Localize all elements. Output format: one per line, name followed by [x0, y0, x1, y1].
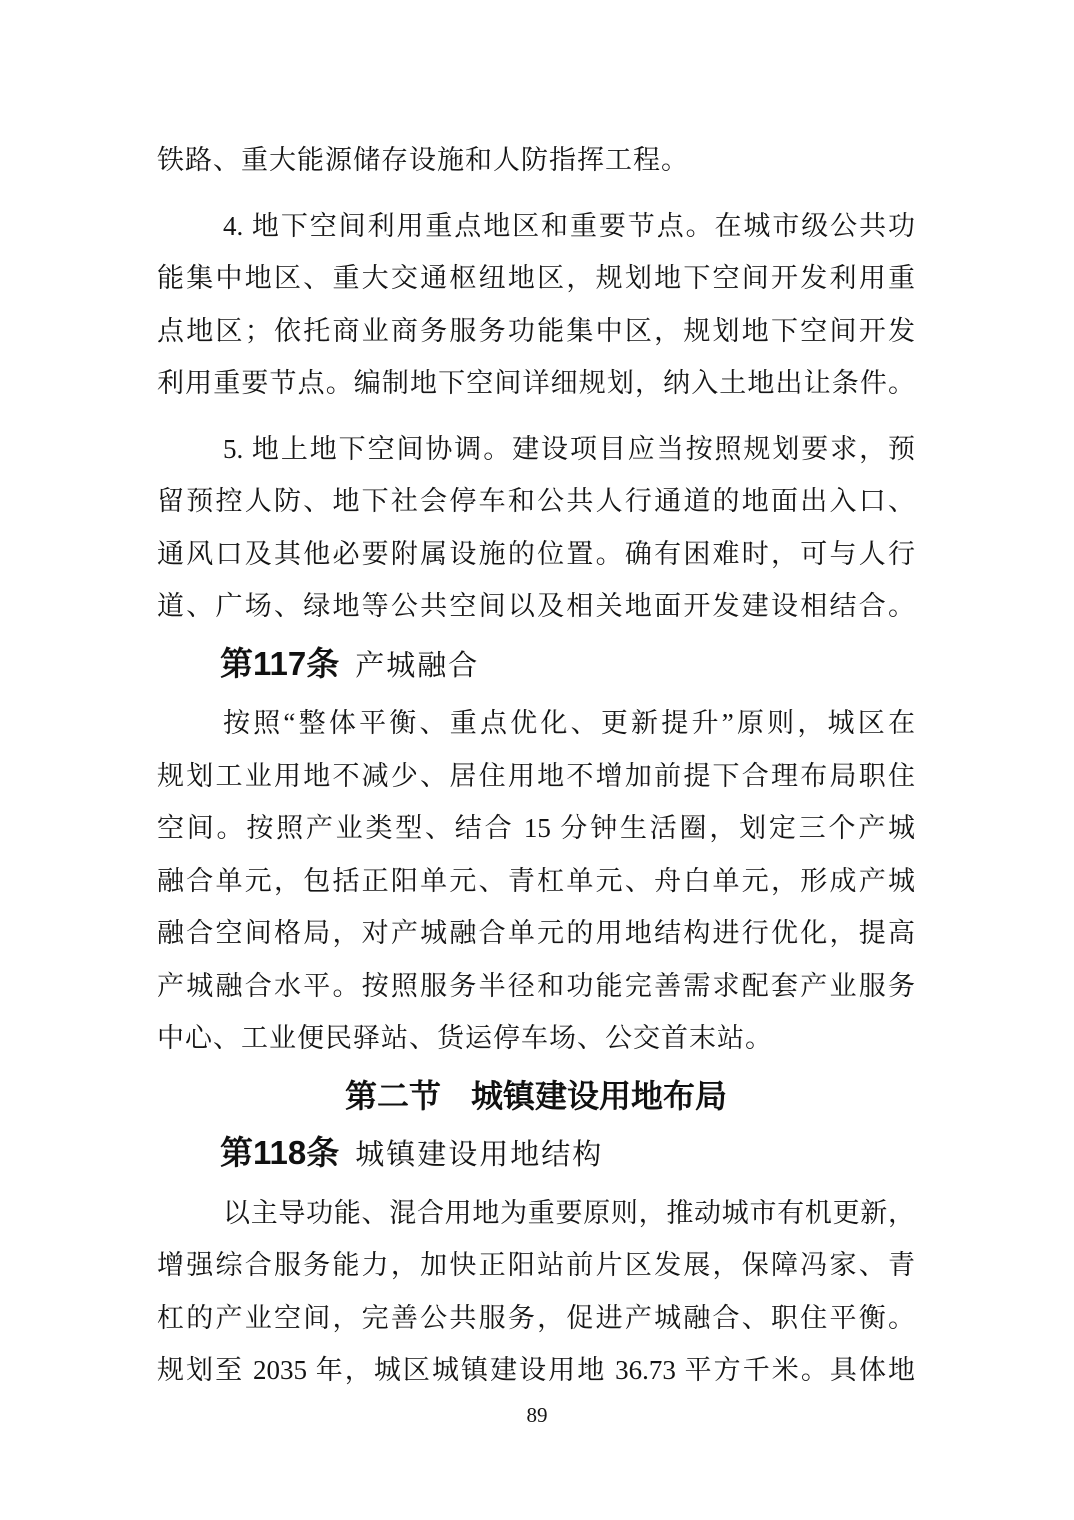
document-page: 铁路、重大能源储存设施和人防指挥工程。4. 地下空间利用重点地区和重要节点。在城… [0, 0, 1074, 1520]
document-content: 铁路、重大能源储存设施和人防指挥工程。4. 地下空间利用重点地区和重要节点。在城… [157, 134, 915, 1397]
text-line: 铁路、重大能源储存设施和人防指挥工程。 [157, 134, 915, 187]
text-line: 杠的产业空间，完善公共服务，促进产城融合、职住平衡。 [157, 1292, 915, 1345]
text-line: 留预控人防、地下社会停车和公共人行通道的地面出入口、 [157, 475, 915, 528]
text-line: 按照“整体平衡、重点优化、更新提升”原则，城区在 [157, 697, 915, 750]
article-number: 第118条 [220, 1134, 339, 1171]
text-line: 规划至 2035 年，城区城镇建设用地 36.73 平方千米。具体地 [157, 1344, 915, 1397]
section-title: 城镇建设用地布局 [471, 1078, 727, 1114]
text-line: 道、广场、绿地等公共空间以及相关地面开发建设相结合。 [157, 580, 915, 633]
text-line: 通风口及其他必要附属设施的位置。确有困难时，可与人行 [157, 528, 915, 581]
article-number: 第117条 [220, 645, 339, 682]
article-heading: 第117条产城融合 [157, 638, 915, 698]
article-heading: 第118条城镇建设用地结构 [157, 1127, 915, 1187]
text-line: 融合单元，包括正阳单元、青杠单元、舟白单元，形成产城 [157, 855, 915, 908]
article-title: 城镇建设用地结构 [355, 1139, 603, 1171]
text-line: 4. 地下空间利用重点地区和重要节点。在城市级公共功 [157, 200, 915, 253]
section-heading: 第二节城镇建设用地布局 [157, 1070, 915, 1123]
text-line: 利用重要节点。编制地下空间详细规划，纳入土地出让条件。 [157, 357, 915, 410]
text-line: 点地区；依托商业商务服务功能集中区，规划地下空间开发 [157, 305, 915, 358]
article-title: 产城融合 [355, 650, 479, 682]
text-line: 5. 地上地下空间协调。建设项目应当按照规划要求，预 [157, 423, 915, 476]
page-number: 89 [0, 1400, 1074, 1430]
text-line: 能集中地区、重大交通枢纽地区，规划地下空间开发利用重 [157, 252, 915, 305]
text-line: 规划工业用地不减少、居住用地不增加前提下合理布局职住 [157, 750, 915, 803]
text-line: 中心、工业便民驿站、货运停车场、公交首末站。 [157, 1012, 915, 1065]
text-line: 产城融合水平。按照服务半径和功能完善需求配套产业服务 [157, 960, 915, 1013]
text-line: 增强综合服务能力，加快正阳站前片区发展，保障冯家、青 [157, 1239, 915, 1292]
text-line: 融合空间格局，对产城融合单元的用地结构进行优化，提高 [157, 907, 915, 960]
text-line: 空间。按照产业类型、结合 15 分钟生活圈，划定三个产城 [157, 802, 915, 855]
section-number: 第二节 [345, 1078, 441, 1114]
text-line: 以主导功能、混合用地为重要原则，推动城市有机更新， [157, 1187, 915, 1240]
